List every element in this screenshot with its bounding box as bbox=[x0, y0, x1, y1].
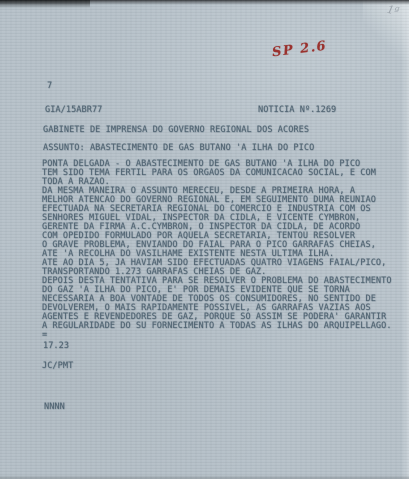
telex-end-signal: NNNN bbox=[44, 403, 65, 412]
pencil-corner-mark: 1ª bbox=[386, 3, 401, 18]
reference-code: GIA/15ABR77 bbox=[45, 106, 102, 115]
operator-initials: JC/PMT bbox=[42, 362, 73, 371]
scan-right-edge bbox=[401, 0, 409, 479]
page-marker: 7 bbox=[47, 82, 52, 91]
subject-line: ASSUNTO: ABASTECIMENTO DE GAS BUTANO 'A … bbox=[43, 144, 314, 153]
scan-top-left-shadow bbox=[0, 0, 90, 8]
issuer-line: GABINETE DE IMPRENSA DO GOVERNO REGIONAL… bbox=[43, 126, 309, 135]
scan-bottom-edge bbox=[0, 475, 409, 479]
transmission-time: 17.23 bbox=[43, 342, 69, 351]
end-of-text-marker: = bbox=[42, 331, 47, 340]
notice-number: NOTICIA Nº.1269 bbox=[258, 106, 336, 115]
scanned-telex-page: 1ª SP 2.6 7 GIA/15ABR77 NOTICIA Nº.1269 … bbox=[0, 0, 409, 479]
handwritten-red-note: SP 2.6 bbox=[271, 39, 328, 61]
body-text: PONTA DELGADA - O ABASTECIMENTO DE GAS B… bbox=[42, 160, 392, 331]
